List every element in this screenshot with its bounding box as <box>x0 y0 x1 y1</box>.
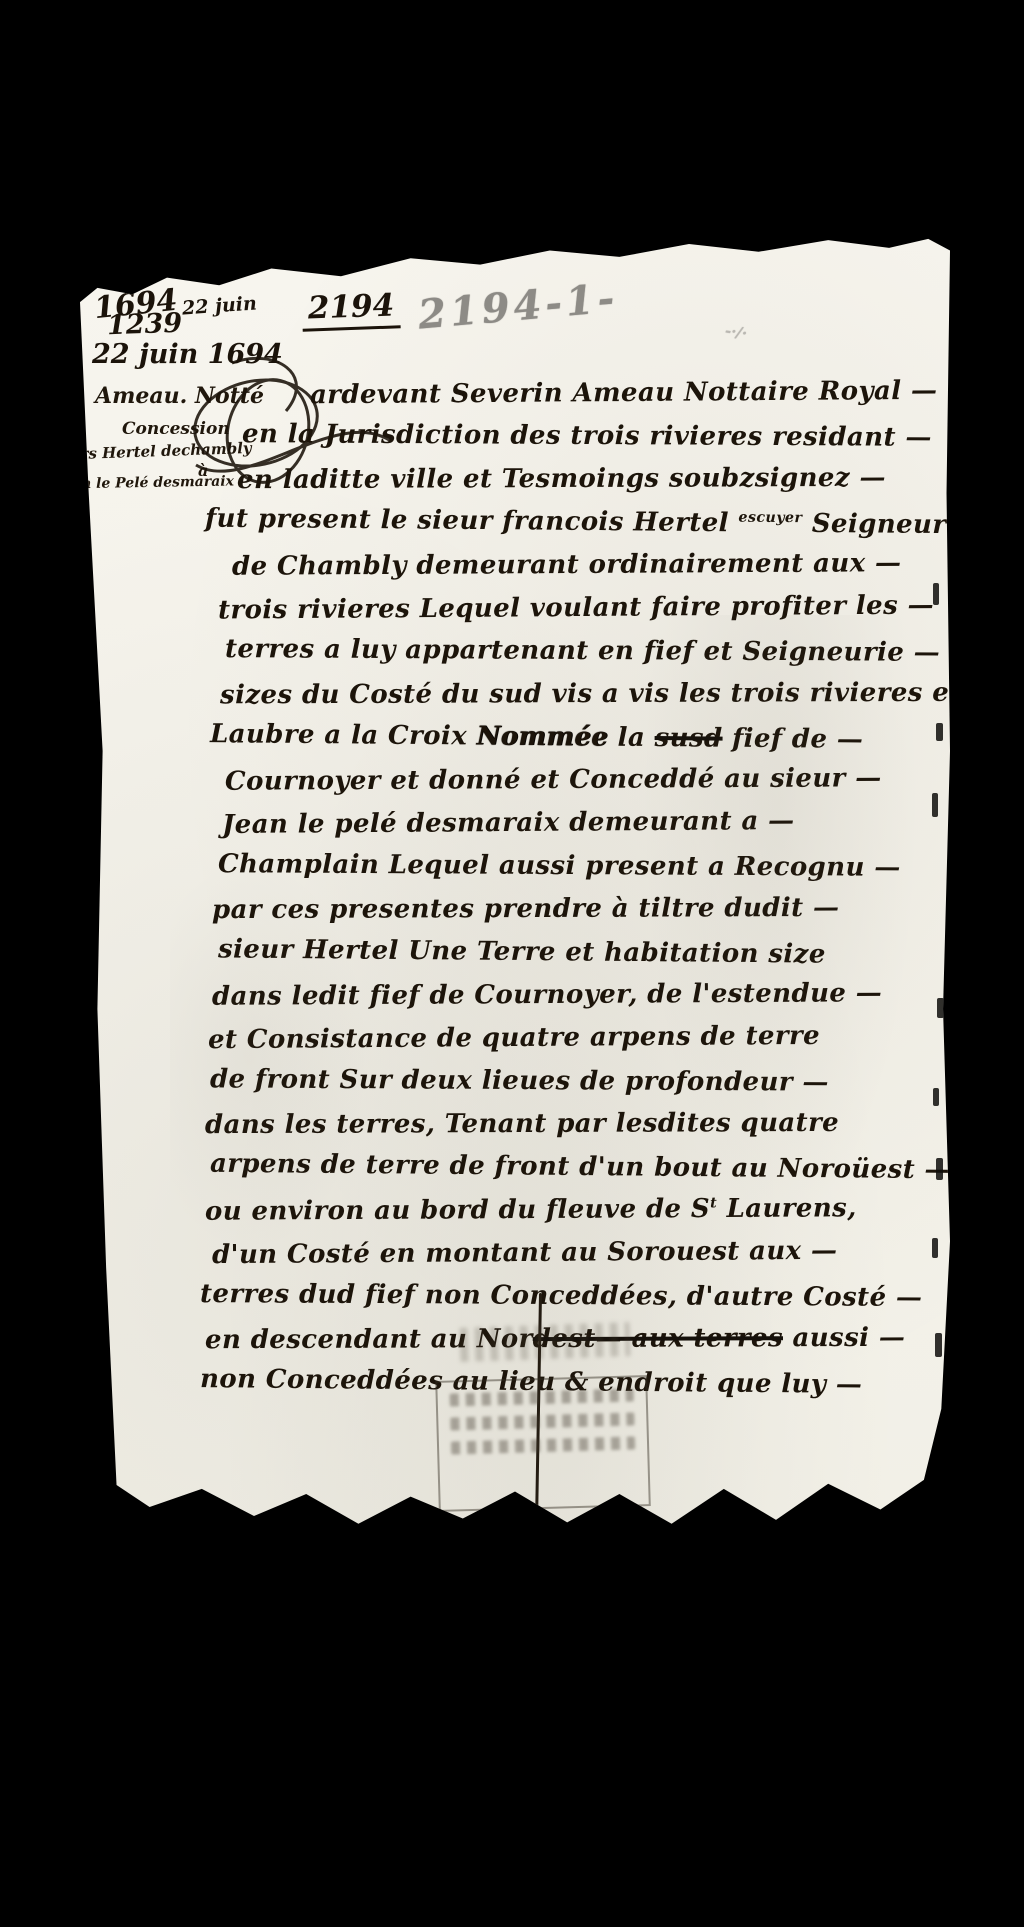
stamp-text-row <box>451 1436 635 1454</box>
manuscript-text: arpens de terre de front d'un bout au No… <box>210 1149 925 1185</box>
manuscript-line: sieur Hertel Une Terre et habitation siz… <box>218 934 826 969</box>
stamp-text-row <box>450 1412 634 1430</box>
manuscript-line: sizes du Costé du sud vis a vis les troi… <box>220 678 997 711</box>
manuscript-line: terres dud fief non Conceddées, d'autre … <box>200 1279 922 1313</box>
manuscript-text: terres dud fief non Conceddées, d'autre … <box>200 1279 896 1313</box>
manuscript-line: fut present le sieur francois Hertel esc… <box>205 504 982 541</box>
manuscript-text: Champlain Lequel aussi present a Recognu <box>218 849 874 882</box>
stamp-faded-text <box>459 1322 630 1362</box>
manuscript-text: Laubre a la Croix <box>210 719 477 751</box>
manuscript-text: fief de <box>722 724 837 755</box>
manuscript-text: de front Sur deux lieues de profondeur <box>210 1064 803 1097</box>
adjacent-page-edge-mark <box>933 1088 939 1106</box>
manuscript-line: par ces presentes prendre à tiltre dudit… <box>212 893 839 925</box>
manuscript-line: dans les terres, Tenant par lesdites qua… <box>205 1108 839 1140</box>
manuscript-text: escuyer <box>738 510 802 527</box>
manuscript-line: d'un Costé en montant au Sorouest aux — <box>212 1236 837 1270</box>
adjacent-page-edge-mark <box>937 998 944 1018</box>
manuscript-line: et Consistance de quatre arpens de terre <box>208 1021 820 1055</box>
manuscript-line: trois rivieres Lequel voulant faire prof… <box>218 591 934 626</box>
manuscript-text: en la Jurisdiction des trois rivieres re… <box>242 419 906 452</box>
manuscript-line: Cournoyer et donné et Conceddé au sieur … <box>225 763 881 796</box>
manuscript-text: la <box>608 723 655 753</box>
manuscript-text: Seigneur <box>802 509 956 540</box>
manuscript-line: terres a luy appartenant en fief et Seig… <box>225 634 940 668</box>
manuscript-line: ardevant Severin Ameau Nottaire Royal — <box>310 376 937 410</box>
manuscript-text: ardevant Severin Ameau Nottaire Royal <box>310 376 911 410</box>
manuscript-text: — <box>802 1067 828 1097</box>
manuscript-text: — <box>971 678 997 708</box>
manuscript-text: — <box>859 463 885 493</box>
manuscript-text: — <box>914 638 940 668</box>
manuscript-text: et Consistance de quatre arpens de terre <box>208 1021 820 1055</box>
adjacent-page-edge-mark <box>935 1333 942 1357</box>
manuscript-line: dans ledit fief de Cournoyer, de l'esten… <box>212 978 882 1012</box>
manuscript-text: terres a luy appartenant en fief et Seig… <box>225 634 914 668</box>
manuscript-text: — <box>856 978 882 1008</box>
struck-text: susd <box>654 723 722 754</box>
manuscript-text: aussi <box>783 1323 879 1353</box>
manuscript-text: Cournoyer et donné et Conceddé au sieur <box>225 763 855 796</box>
manuscript-text: — <box>905 423 931 453</box>
stamp-text-row <box>450 1388 634 1406</box>
manuscript-text: dans ledit fief de Cournoyer, de l'esten… <box>212 978 856 1011</box>
scanned-manuscript-page: 1694 1239 22 juin 2194 2194-1- -·/· 22 j… <box>0 0 1024 1927</box>
manuscript-text: dans les terres, Tenant par lesdites qua… <box>205 1108 839 1140</box>
manuscript-text: — <box>907 591 933 621</box>
adjacent-page-edge-mark <box>932 793 938 817</box>
manuscript-line: de front Sur deux lieues de profondeur — <box>210 1064 829 1097</box>
manuscript-text: — <box>813 893 839 923</box>
manuscript-text: Laurens, <box>717 1193 857 1224</box>
manuscript-text: — <box>874 853 900 883</box>
manuscript-line: en laditte ville et Tesmoings soubzsigne… <box>237 463 886 495</box>
manuscript-line: Jean le pelé desmaraix demeurant a — <box>222 806 794 840</box>
manuscript-text: — <box>875 548 901 578</box>
manuscript-line: arpens de terre de front d'un bout au No… <box>210 1149 951 1185</box>
manuscript-text: sizes du Costé du sud vis a vis les troi… <box>220 678 971 711</box>
manuscript-line: de Chambly demeurant ordinairement aux — <box>232 548 901 582</box>
adjacent-page-edge-mark <box>936 723 943 741</box>
manuscript-paper: 1694 1239 22 juin 2194 2194-1- -·/· 22 j… <box>80 235 950 1525</box>
manuscript-text: Nommée <box>476 721 608 752</box>
manuscript-text: fut present le sieur francois Hertel <box>205 504 739 539</box>
manuscript-text: Jean le pelé desmaraix demeurant a <box>222 806 768 840</box>
archival-stamp <box>435 1375 651 1512</box>
manuscript-text: — <box>911 376 937 406</box>
manuscript-text: par ces presentes prendre à tiltre dudit <box>212 893 813 925</box>
manuscript-text: — <box>836 1370 862 1400</box>
manuscript-text: sieur Hertel Une Terre et habitation siz… <box>218 934 826 969</box>
manuscript-line: ou environ au bord du fleuve de St Laure… <box>205 1193 857 1226</box>
adjacent-page-edge-mark <box>932 1238 938 1258</box>
manuscript-line: Laubre a la Croix Nommée la susd fief de… <box>210 719 863 755</box>
manuscript-text: — <box>837 725 863 755</box>
manuscript-text: — <box>811 1236 837 1266</box>
manuscript-text: — <box>896 1283 922 1313</box>
manuscript-text: — <box>879 1323 905 1353</box>
manuscript-text: — <box>768 806 794 836</box>
manuscript-text: trois rivieres Lequel voulant faire prof… <box>218 591 908 626</box>
manuscript-line: Champlain Lequel aussi present a Recognu… <box>218 849 900 883</box>
manuscript-text: — <box>855 763 881 793</box>
manuscript-text: en laditte ville et Tesmoings soubzsigne… <box>237 463 860 495</box>
manuscript-line: en la Jurisdiction des trois rivieres re… <box>242 419 932 453</box>
manuscript-text: de Chambly demeurant ordinairement aux <box>232 548 875 581</box>
manuscript-text: — <box>956 510 982 540</box>
adjacent-page-edge-mark <box>936 1158 943 1180</box>
manuscript-text: ou environ au bord du fleuve de S <box>205 1194 710 1227</box>
manuscript-text: d'un Costé en montant au Sorouest aux <box>212 1236 811 1270</box>
adjacent-page-edge-mark <box>933 583 939 605</box>
